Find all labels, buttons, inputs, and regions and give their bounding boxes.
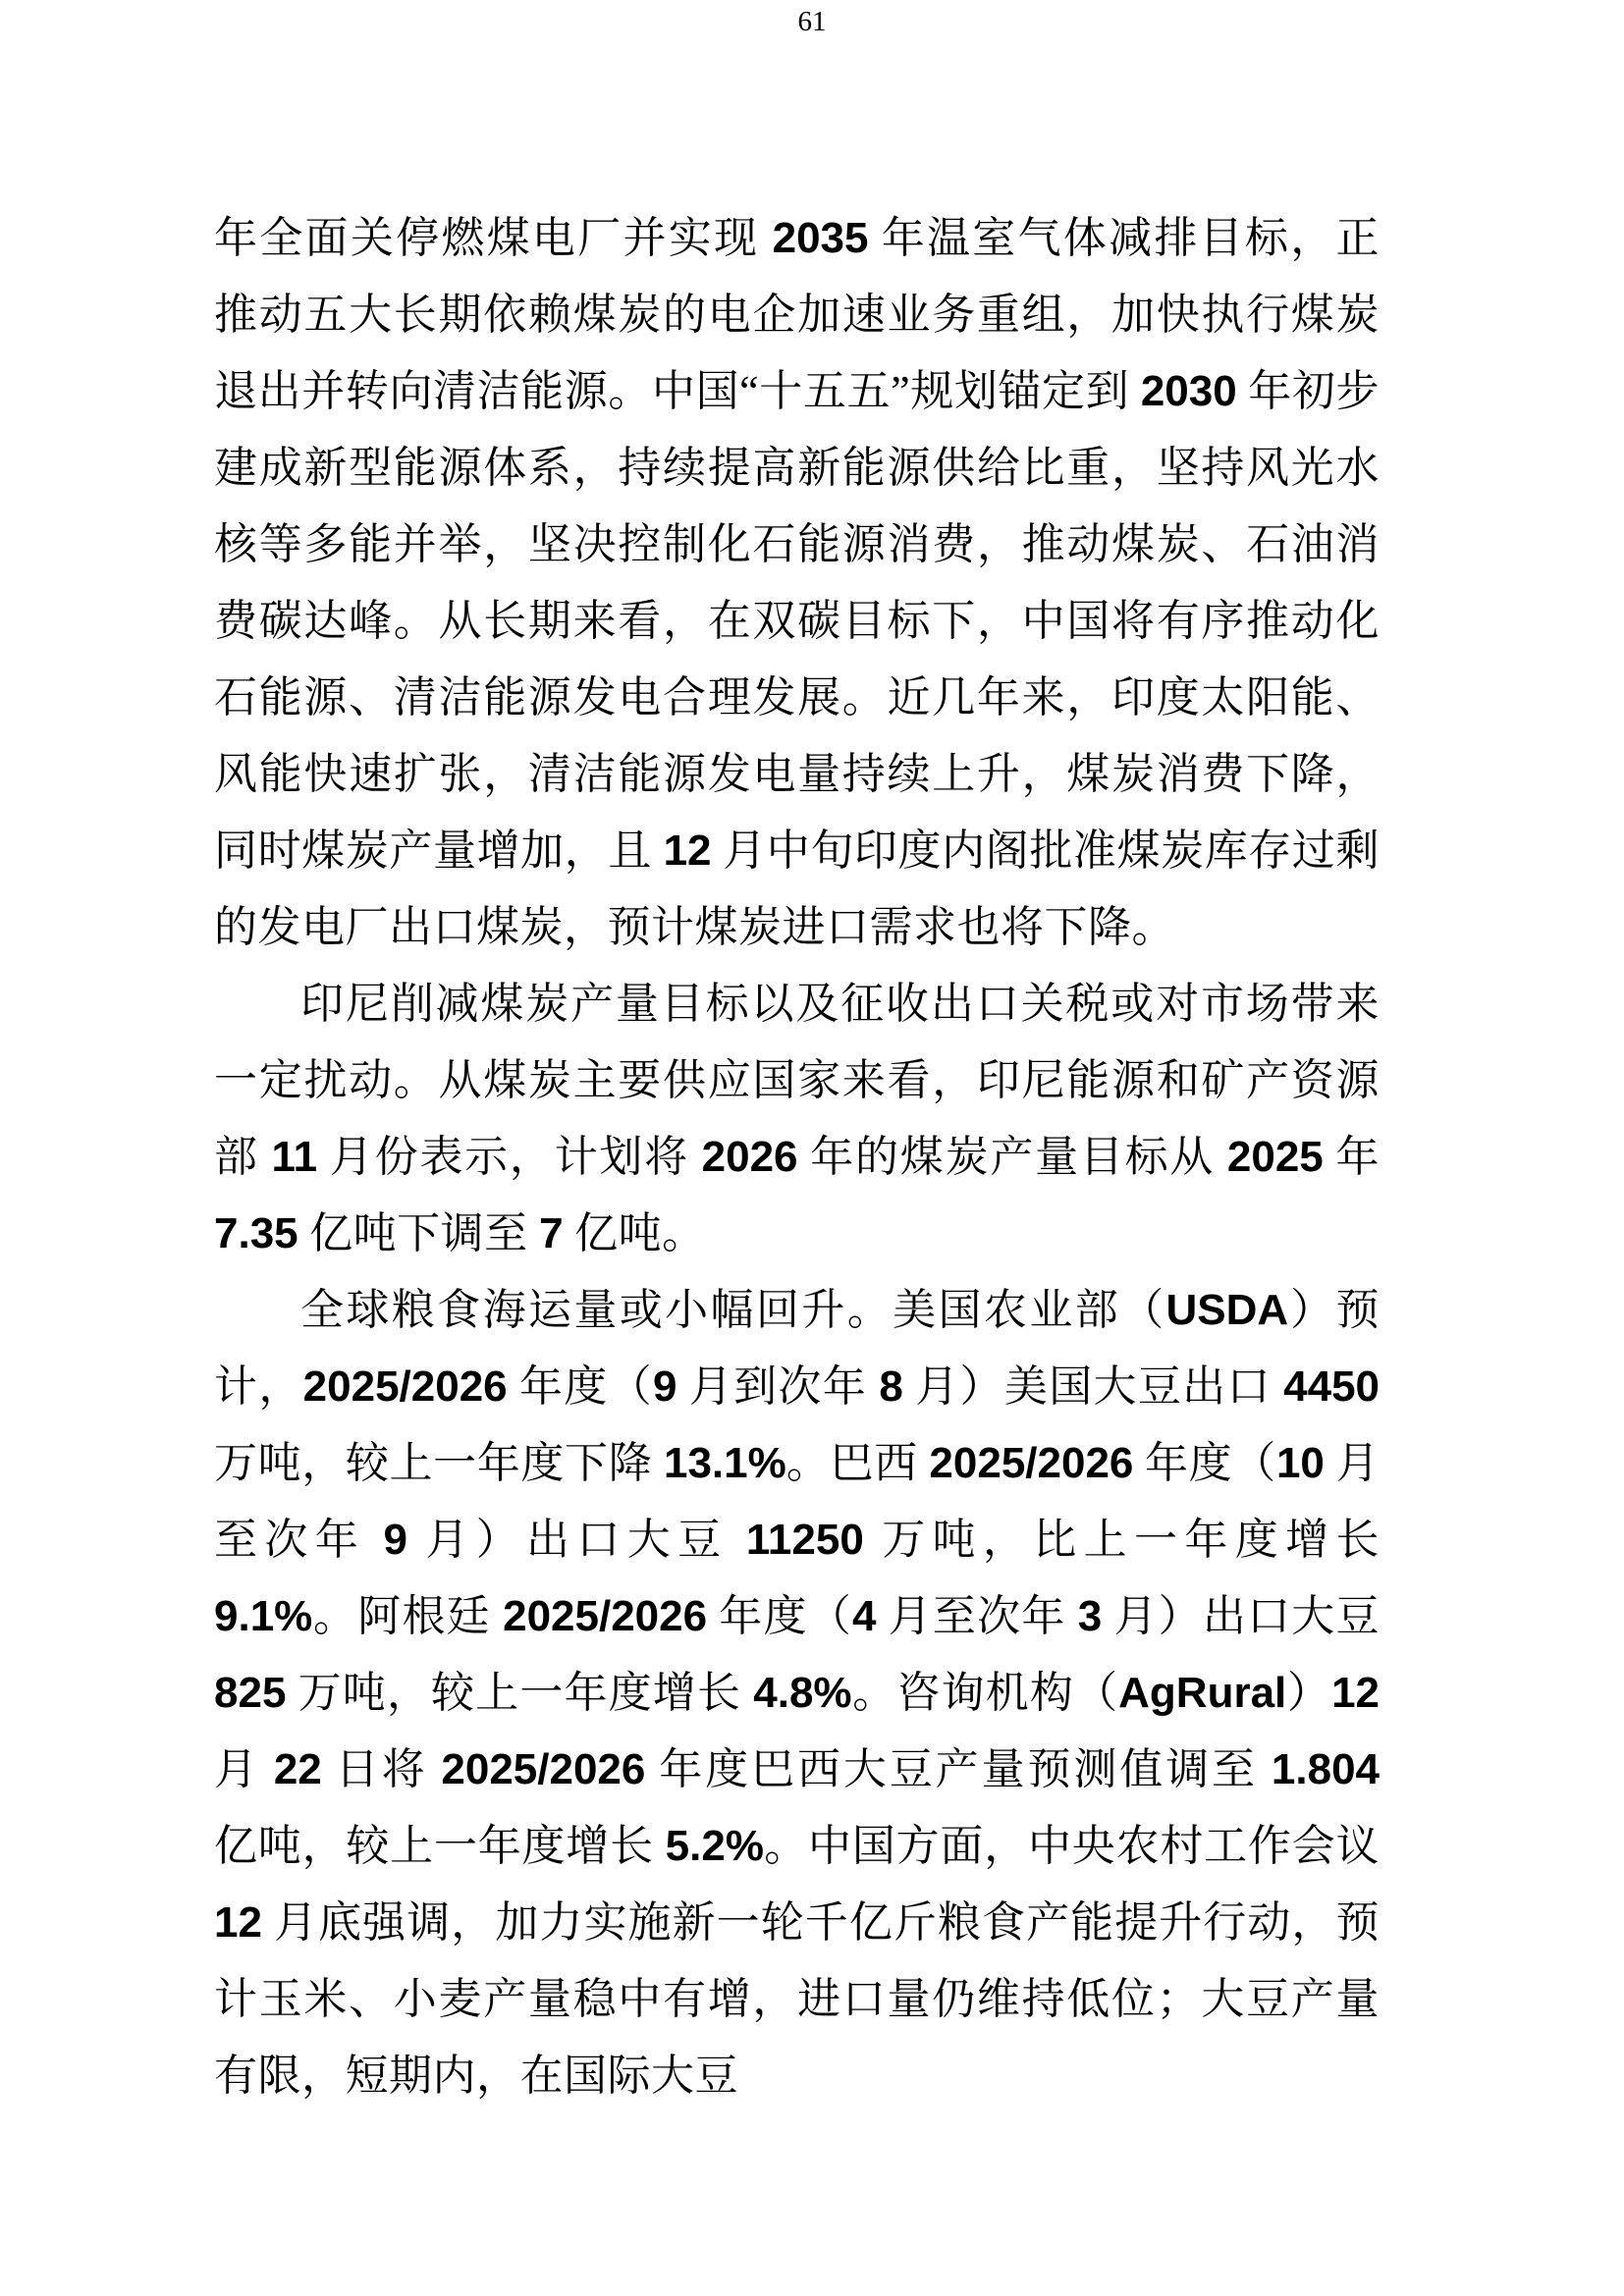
latin-text: 825 (214, 1669, 286, 1717)
document-page: { "page": { "number": "61", "background_… (0, 0, 1624, 2296)
latin-text: 7 (539, 1209, 563, 1257)
latin-text: 12 (1331, 1669, 1380, 1717)
latin-text: 2025/2026 (503, 1592, 707, 1640)
latin-text: 2035 (773, 214, 869, 262)
latin-text: 3 (1078, 1592, 1102, 1640)
latin-text: 13.1% (664, 1439, 786, 1487)
latin-text: 7.35 (214, 1209, 298, 1257)
latin-text: 11250 (746, 1516, 864, 1564)
latin-text: 4450 (1283, 1362, 1380, 1411)
latin-text: 8 (879, 1362, 902, 1411)
latin-text: 2025/2026 (929, 1439, 1133, 1487)
latin-text: 12 (664, 827, 712, 875)
paragraph: 年全面关停燃煤电厂并实现 2035 年温室气体减排目标，正推动五大长期依赖煤炭的… (214, 200, 1380, 966)
latin-text: 2025/2026 (441, 1745, 645, 1793)
document-body: 年全面关停燃煤电厂并实现 2035 年温室气体减排目标，正推动五大长期依赖煤炭的… (214, 200, 1380, 2114)
latin-text: 10 (1276, 1439, 1325, 1487)
latin-text: 2025 (1227, 1133, 1324, 1181)
latin-text: AgRural (1118, 1669, 1286, 1717)
latin-text: 2025/2026 (303, 1362, 508, 1411)
latin-text: 4 (852, 1592, 876, 1640)
latin-text: 9.1% (214, 1592, 312, 1640)
latin-text: 4.8% (753, 1669, 851, 1717)
latin-text: 11 (272, 1133, 318, 1181)
paragraph: 全球粮食海运量或小幅回升。美国农业部（USDA）预计，2025/2026 年度（… (214, 1272, 1380, 2114)
latin-text: 12 (214, 1898, 262, 1947)
latin-text: 9 (383, 1516, 406, 1564)
latin-text: 5.2% (666, 1822, 764, 1870)
latin-text: 1.804 (1272, 1745, 1380, 1793)
paragraph: 印尼削减煤炭产量目标以及征收出口关税或对市场带来一定扰动。从煤炭主要供应国家来看… (214, 966, 1380, 1272)
latin-text: 22 (274, 1745, 322, 1793)
latin-text: 2030 (1141, 367, 1237, 415)
latin-text: 2026 (702, 1133, 798, 1181)
latin-text: 9 (653, 1362, 677, 1411)
page-number: 61 (0, 8, 1624, 36)
latin-text: USDA (1166, 1286, 1289, 1334)
